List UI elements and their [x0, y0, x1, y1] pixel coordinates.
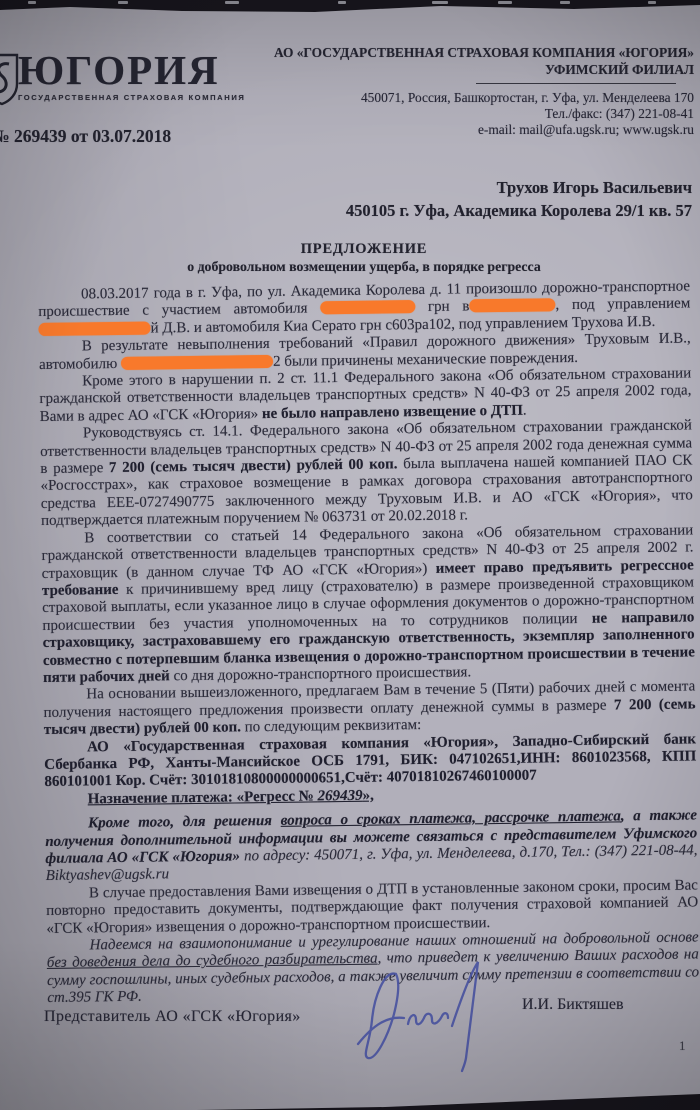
org-phone: Тел./факс: (347) 221-08-41 [274, 106, 694, 122]
redaction-mark [320, 300, 415, 314]
org-email: e-mail: mail@ufa.ugsk.ru; www.ugsk.ru [274, 122, 694, 138]
paragraph-regress-right: В соответствии со статьей 14 Федеральног… [41, 522, 695, 687]
background-key-mark [560, 1, 570, 4]
paragraph-payment-made: Руководствуясь ст. 14.1. Федерального за… [40, 418, 693, 531]
background-key-mark [225, 1, 239, 4]
background-key-mark [648, 1, 656, 4]
letterhead-divider [476, 83, 676, 84]
document-title-block: ПРЕДЛОЖЕНИЕ о добровольном возмещении ущ… [38, 241, 690, 275]
background-key-mark [28, 1, 36, 4]
signatory-name: И.И. Биктяшев [522, 996, 624, 1014]
background-key-mark [118, 1, 128, 4]
redaction-mark [121, 355, 273, 370]
org-address: 450071, Россия, Башкортостан, г. Уфа, ул… [274, 90, 694, 106]
background-key-mark [432, 1, 448, 4]
logo-tagline: ГОСУДАРСТВЕННАЯ СТРАХОВАЯ КОМПАНИЯ [18, 93, 248, 102]
recipient-block: Трухов Игорь Васильевич 450105 г. Уфа, А… [346, 176, 692, 222]
paragraph-resubmit-docs: В случае предоставления Вами извещения о… [46, 877, 699, 938]
background-key-mark [338, 1, 346, 4]
org-name: АО «ГОСУДАРСТВЕННАЯ СТРАХОВАЯ КОМПАНИЯ «… [274, 44, 694, 61]
yugoria-shield-logo-icon [0, 52, 19, 106]
recipient-address: 450105 г. Уфа, Академика Королева 29/1 к… [346, 199, 692, 222]
background-key-mark [498, 1, 512, 4]
handwritten-signature [352, 958, 522, 1073]
letterhead-contacts: АО «ГОСУДАРСТВЕННАЯ СТРАХОВАЯ КОМПАНИЯ «… [274, 44, 694, 137]
redaction-mark [469, 299, 555, 313]
reference-number: № 269439 от 03.07.2018 [0, 126, 171, 147]
signatory-role: Представитель АО «ГСК «Югория» [44, 1008, 301, 1026]
paragraph-accident: 08.03.2017 года в г. Уфа, по ул. Академи… [38, 278, 691, 339]
document-page: ЮГОРИЯ ГОСУДАРСТВЕННАЯ СТРАХОВАЯ КОМПАНИ… [0, 0, 700, 1110]
branch-name: УФИМСКИЙ ФИЛИАЛ [274, 61, 694, 78]
doc-title: ПРЕДЛОЖЕНИЕ [38, 241, 690, 258]
paragraph-contact-info: Кроме того, для решения вопроса о сроках… [45, 808, 698, 886]
photographed-letter: ЮГОРИЯ ГОСУДАРСТВЕННАЯ СТРАХОВАЯ КОМПАНИ… [0, 0, 700, 1110]
page-number: 1 [679, 1038, 686, 1054]
bank-details: АО «Государственная страховая компания «… [44, 731, 697, 792]
doc-subtitle: о добровольном возмещении ущерба, в поря… [38, 259, 690, 275]
paragraph-payment-demand: На основании вышеизложенного, предлагаем… [43, 679, 696, 740]
company-logo: ЮГОРИЯ ГОСУДАРСТВЕННАЯ СТРАХОВАЯ КОМПАНИ… [18, 50, 248, 102]
logo-wordmark: ЮГОРИЯ [18, 50, 248, 90]
redaction-mark [38, 321, 150, 335]
recipient-name: Трухов Игорь Васильевич [346, 176, 692, 199]
paragraph-violation: Кроме этого в нарушении п. 2 ст. 11.1 Фе… [39, 365, 692, 426]
letter-body: 08.03.2017 года в г. Уфа, по ул. Академи… [38, 278, 699, 1007]
